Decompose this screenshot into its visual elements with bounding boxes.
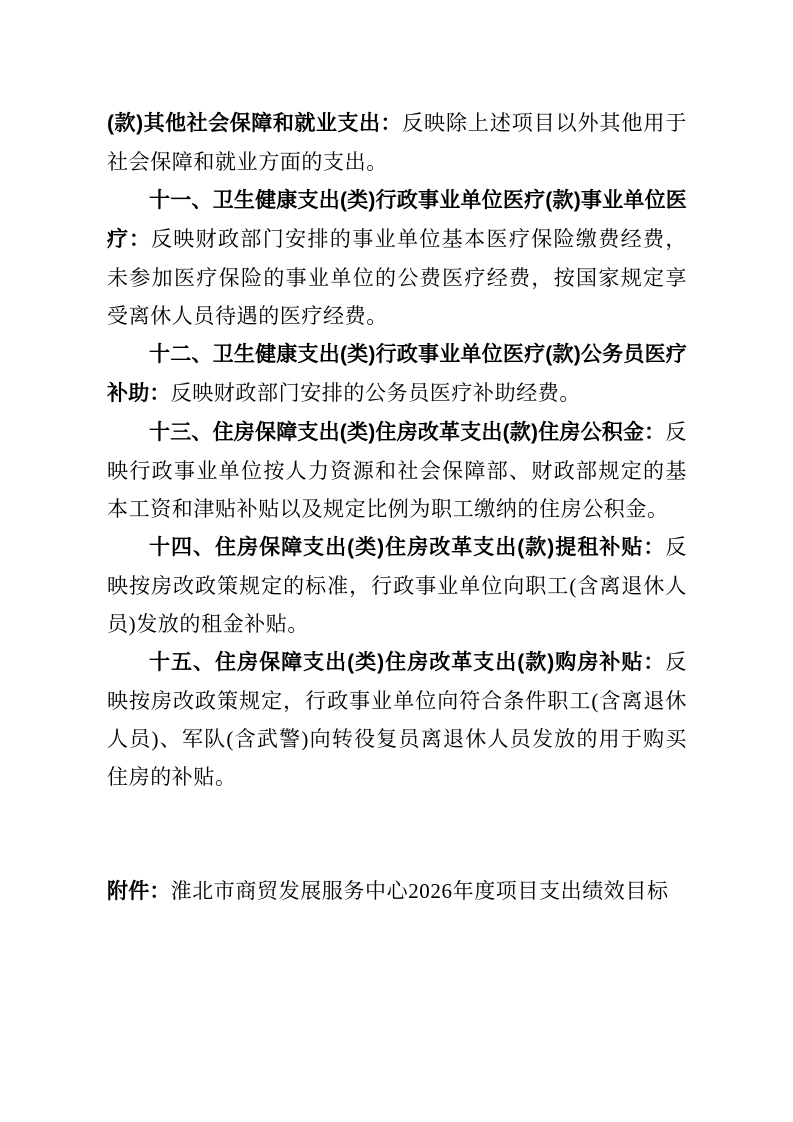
paragraph-item-12: 十二、卫生健康支出(类)行政事业单位医疗(款)公务员医疗补助：反映财政部门安排的… bbox=[107, 335, 687, 413]
document-page: (款)其他社会保障和就业支出：反映除上述项目以外其他用于社会保障和就业方面的支出… bbox=[0, 0, 793, 1122]
paragraph-item-15: 十五、住房保障支出(类)住房改革支出(款)购房补贴：反映按房改政策规定，行政事业… bbox=[107, 643, 687, 796]
paragraph-continuation: (款)其他社会保障和就业支出：反映除上述项目以外其他用于社会保障和就业方面的支出… bbox=[107, 104, 687, 181]
attachment-line: 附件：淮北市商贸发展服务中心2026年度项目支出绩效目标 bbox=[107, 872, 687, 911]
paragraph-lead: 十五、住房保障支出(类)住房改革支出(款)购房补贴： bbox=[149, 651, 665, 674]
paragraph-item-11: 十一、卫生健康支出(类)行政事业单位医疗(款)事业单位医疗：反映财政部门安排的事… bbox=[107, 181, 687, 335]
paragraph-lead: (款)其他社会保障和就业支出： bbox=[107, 112, 402, 135]
attachment-text: 淮北市商贸发展服务中心2026年度项目支出绩效目标 bbox=[171, 879, 669, 903]
paragraph-item-13: 十三、住房保障支出(类)住房改革支出(款)住房公积金：反映行政事业单位按人力资源… bbox=[107, 413, 687, 528]
document-body: (款)其他社会保障和就业支出：反映除上述项目以外其他用于社会保障和就业方面的支出… bbox=[107, 104, 687, 911]
paragraph-body: 反映财政部门安排的公务员医疗补助经费。 bbox=[171, 381, 581, 405]
paragraph-item-14: 十四、住房保障支出(类)住房改革支出(款)提租补贴：反映按房改政策规定的标准，行… bbox=[107, 528, 687, 643]
paragraph-lead: 十三、住房保障支出(类)住房改革支出(款)住房公积金： bbox=[149, 421, 665, 444]
attachment-label: 附件： bbox=[107, 880, 171, 903]
paragraph-lead: 十四、住房保障支出(类)住房改革支出(款)提租补贴： bbox=[149, 536, 665, 559]
paragraph-body: 反映财政部门安排的事业单位基本医疗保险缴费经费，未参加医疗保险的事业单位的公费医… bbox=[107, 227, 687, 328]
